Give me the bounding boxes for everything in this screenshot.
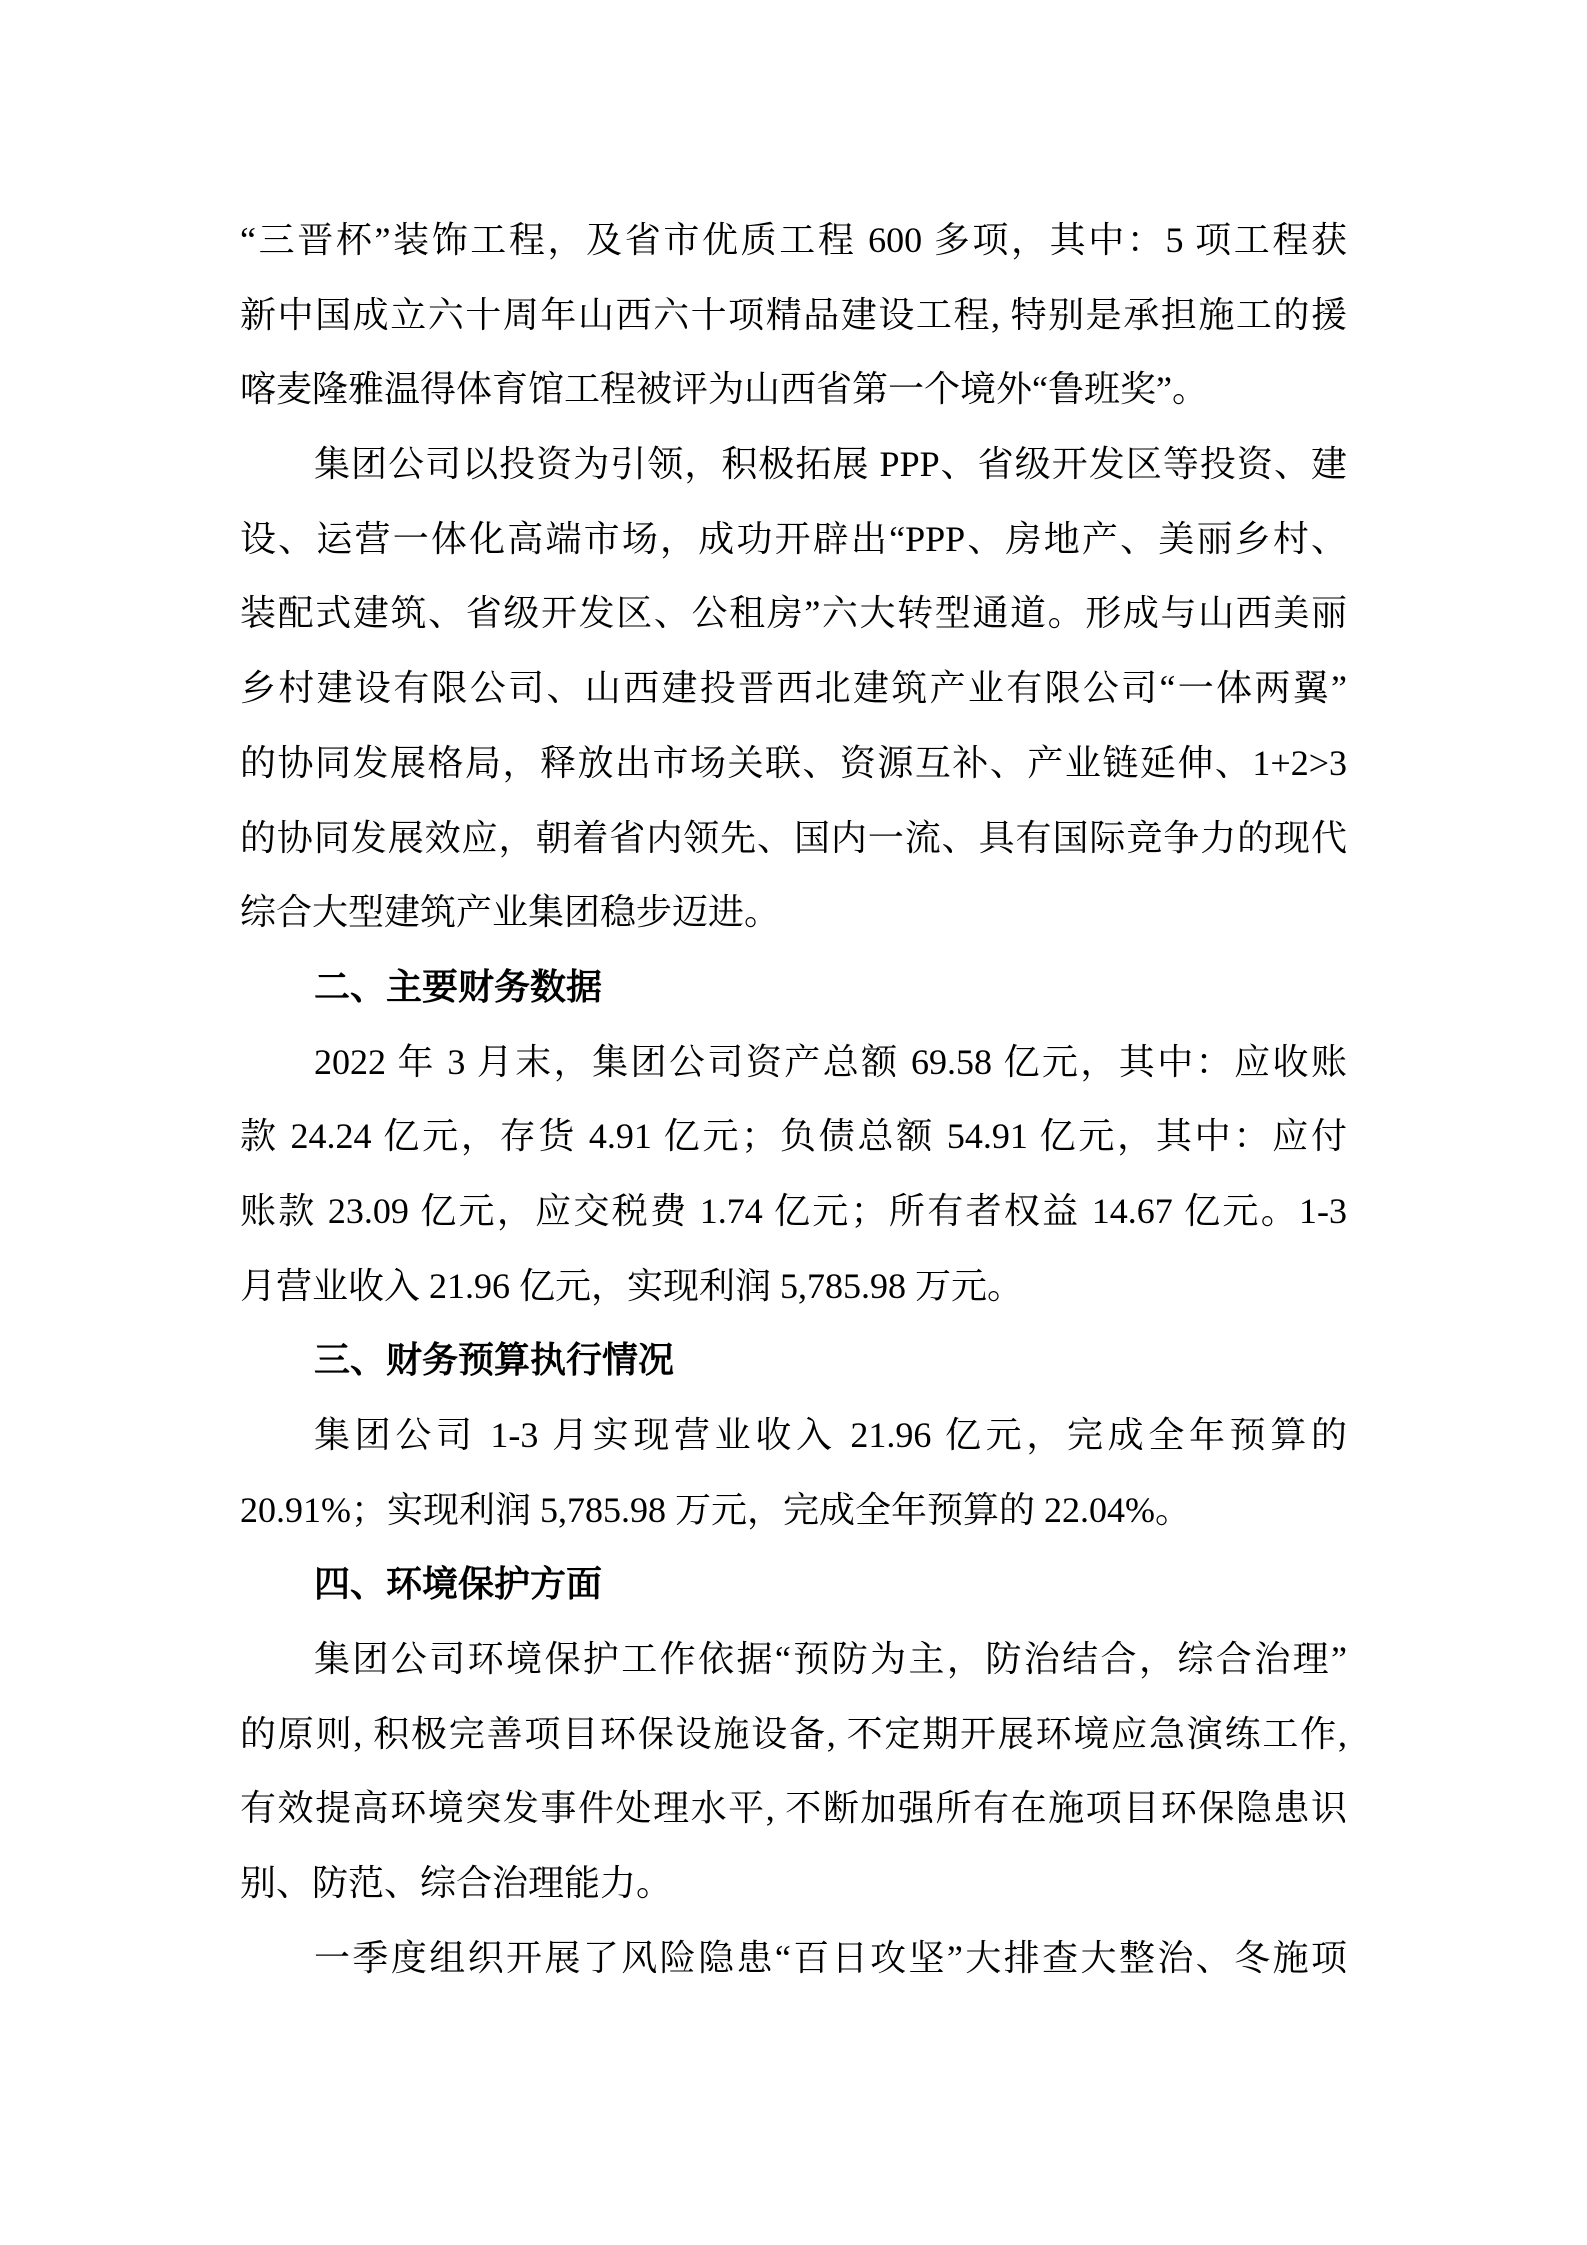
text-line: 别、防范、综合治理能力。	[240, 1846, 1347, 1921]
text-line: 集团公司环境保护工作依据“预防为主，防治结合，综合治理”	[240, 1622, 1347, 1697]
section-heading: 四、环境保护方面	[240, 1547, 1347, 1622]
text-line: 乡村建设有限公司、山西建投晋西北建筑产业有限公司“一体两翼”	[240, 651, 1347, 726]
text-line: 综合大型建筑产业集团稳步迈进。	[240, 875, 1347, 950]
text-line: 的协同发展格局，释放出市场关联、资源互补、产业链延伸、1+2>3	[240, 726, 1347, 801]
text-line: 装配式建筑、省级开发区、公租房”六大转型通道。形成与山西美丽	[240, 576, 1347, 651]
text-line: 集团公司 1-3 月实现营业收入 21.96 亿元，完成全年预算的	[240, 1398, 1347, 1473]
text-line: 的协同发展效应，朝着省内领先、国内一流、具有国际竞争力的现代	[240, 801, 1347, 876]
text-line: 新中国成立六十周年山西六十项精品建设工程, 特别是承担施工的援	[240, 278, 1347, 353]
text-line: 20.91%；实现利润 5,785.98 万元，完成全年预算的 22.04%。	[240, 1473, 1347, 1548]
text-line: 的原则, 积极完善项目环保设施设备, 不定期开展环境应急演练工作,	[240, 1697, 1347, 1772]
text-line: 有效提高环境突发事件处理水平, 不断加强所有在施项目环保隐患识	[240, 1771, 1347, 1846]
section-heading: 三、财务预算执行情况	[240, 1323, 1347, 1398]
text-line: 月营业收入 21.96 亿元，实现利润 5,785.98 万元。	[240, 1249, 1347, 1324]
section-heading: 二、主要财务数据	[240, 950, 1347, 1025]
document-text-block: “三晋杯”装饰工程，及省市优质工程 600 多项，其中：5 项工程获新中国成立六…	[240, 203, 1347, 1996]
document-page: “三晋杯”装饰工程，及省市优质工程 600 多项，其中：5 项工程获新中国成立六…	[0, 0, 1587, 2245]
text-line: 2022 年 3 月末，集团公司资产总额 69.58 亿元，其中：应收账	[240, 1025, 1347, 1100]
text-line: “三晋杯”装饰工程，及省市优质工程 600 多项，其中：5 项工程获	[240, 203, 1347, 278]
text-line: 一季度组织开展了风险隐患“百日攻坚”大排查大整治、冬施项	[240, 1921, 1347, 1996]
text-line: 款 24.24 亿元，存货 4.91 亿元；负债总额 54.91 亿元，其中：应…	[240, 1099, 1347, 1174]
text-line: 喀麦隆雅温得体育馆工程被评为山西省第一个境外“鲁班奖”。	[240, 352, 1347, 427]
text-line: 设、运营一体化高端市场，成功开辟出“PPP、房地产、美丽乡村、	[240, 502, 1347, 577]
text-line: 集团公司以投资为引领，积极拓展 PPP、省级开发区等投资、建	[240, 427, 1347, 502]
text-line: 账款 23.09 亿元，应交税费 1.74 亿元；所有者权益 14.67 亿元。…	[240, 1174, 1347, 1249]
